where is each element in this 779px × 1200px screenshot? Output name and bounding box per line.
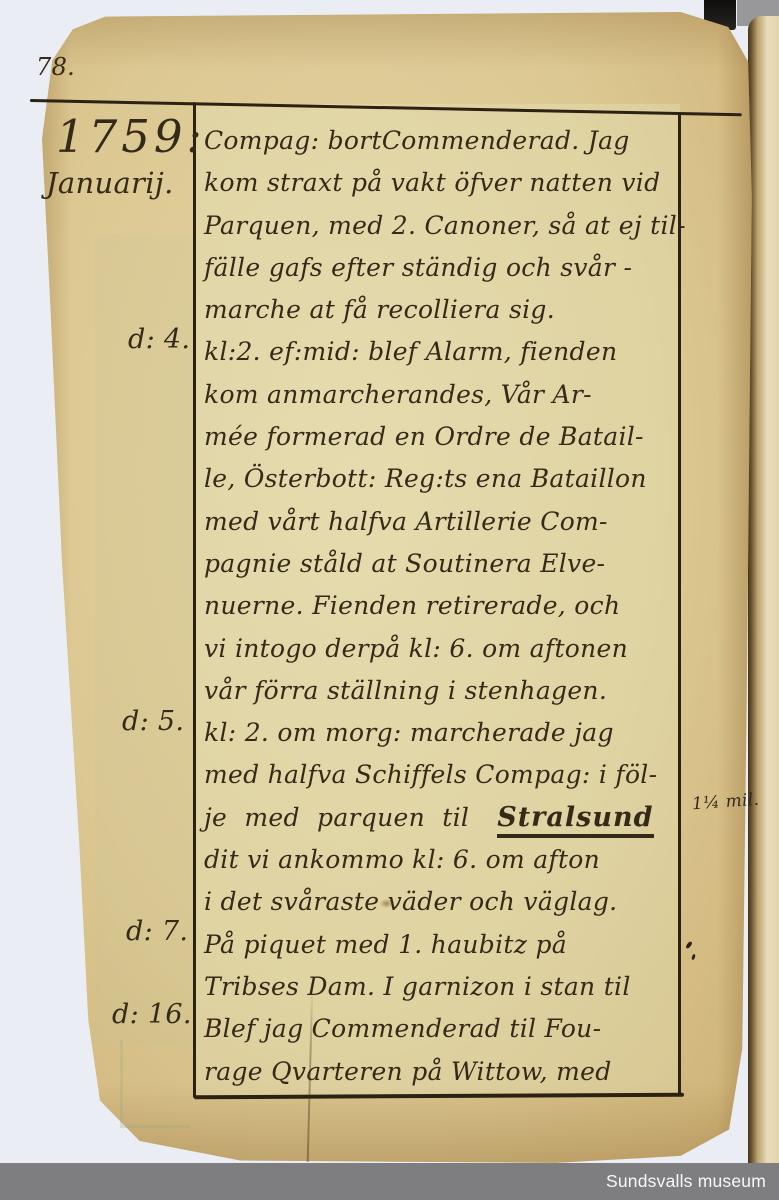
manuscript-line: med vårt halfva Artillerie Com- (204, 501, 678, 543)
scanned-manuscript: { "page": { "folio_number": "78.", "date… (0, 0, 779, 1200)
credit-bar: Sundsvalls museum (0, 1163, 779, 1200)
manuscript-line: Tribses Dam. I garnizon i stan til (204, 966, 678, 1008)
manuscript-line: mée formerad en Ordre de Batail- (204, 416, 678, 458)
manuscript-line: vi intogo derpå kl: 6. om aftonen (204, 628, 678, 670)
year-label: 1759: (56, 110, 206, 163)
manuscript-line: kl: 2. om morg: marcherade jag (204, 712, 678, 754)
day-label-7: d: 7. (126, 916, 188, 947)
show-through-corner (120, 1040, 190, 1128)
journal-entry-lines: Compag: bortCommenderad. Jag kom straxt … (204, 120, 678, 1093)
column-rule-right (678, 112, 681, 1095)
facing-page-edge (748, 16, 779, 1164)
ink-stain (380, 899, 393, 908)
column-rule-left (193, 102, 196, 1098)
manuscript-line: Blef jag Commenderad til Fou- (204, 1008, 678, 1050)
manuscript-line: pagnie ståld at Soutinera Elve- (204, 543, 678, 585)
day-label-4: d: 4. (128, 324, 190, 355)
manuscript-line: kom straxt på vakt öfver natten vid (204, 162, 678, 204)
manuscript-line: kl:2. ef:mid: blef Alarm, fienden (204, 331, 678, 373)
manuscript-line: marche at få recolliera sig. (204, 289, 678, 331)
day-label-5: d: 5. (122, 706, 184, 737)
folio-number: 78. (36, 53, 75, 81)
manuscript-line: dit vi ankommo kl: 6. om afton (204, 839, 678, 881)
manuscript-line: På piquet med 1. haubitz på (204, 924, 678, 966)
manuscript-line: le, Österbott: Reg:ts ena Bataillon (204, 458, 678, 500)
manuscript-line: rage Qvarteren på Wittow, med (204, 1051, 678, 1093)
manuscript-line: i det svåraste väder och väglag. (204, 881, 678, 923)
manuscript-line: nuerne. Fienden retirerade, och (204, 585, 678, 627)
manuscript-line: Parquen, med 2. Canoner, så at ej til- (204, 205, 678, 247)
place-name-stralsund: Stralsund (497, 802, 653, 838)
month-label: Januarij. (46, 166, 174, 200)
manuscript-line: med halfva Schiffels Compag: i föl- (204, 754, 678, 796)
manuscript-line: kom anmarcherandes, Vår Ar- (204, 374, 678, 416)
museum-credit-text: Sundsvalls museum (606, 1171, 766, 1192)
manuscript-line: Compag: bortCommenderad. Jag (204, 120, 678, 162)
line-text: je med parquen til (204, 803, 469, 832)
manuscript-line-stralsund: je med parquen tilStralsund (204, 797, 678, 839)
manuscript-line: fälle gafs efter ständig och svår - (204, 247, 678, 289)
day-label-16: d: 16. (112, 999, 192, 1030)
manuscript-line: vår förra ställning i stenhagen. (204, 670, 678, 712)
